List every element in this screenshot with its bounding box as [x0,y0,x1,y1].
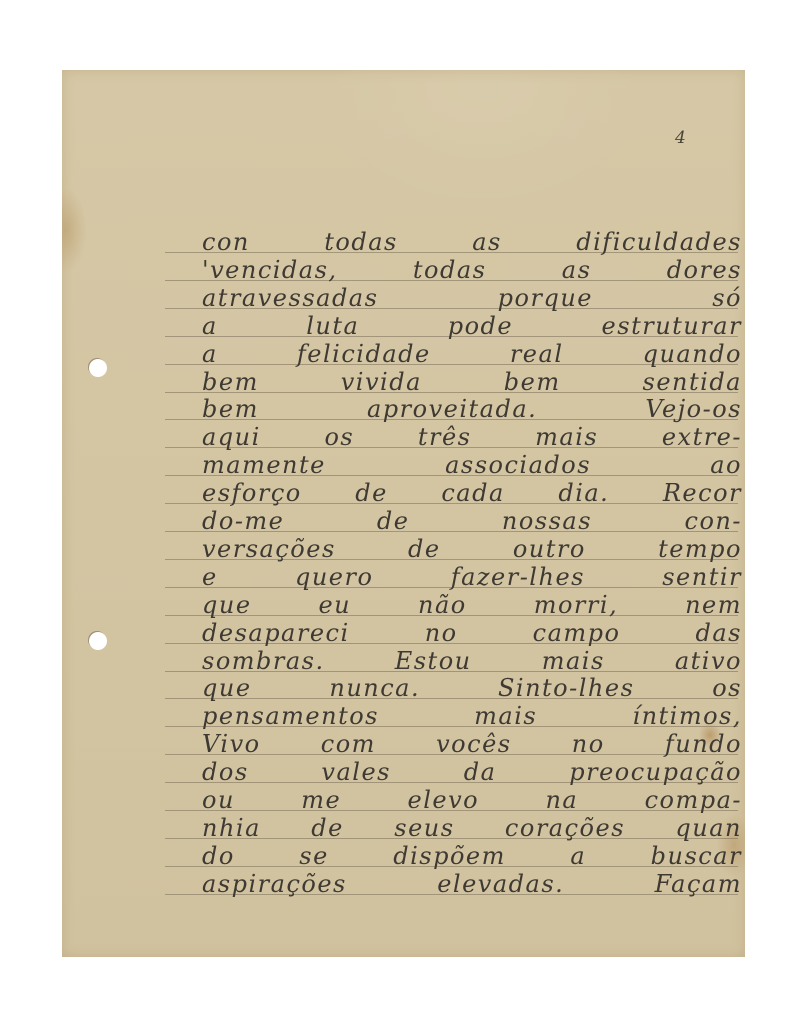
handwritten-line: desapareci no campo das [202,619,742,647]
handwritten-line: Vivo com vocês no fundo [202,730,742,758]
handwritten-line: mamente associados ao [202,451,742,479]
handwritten-line: aqui os três mais extre- [202,423,742,451]
handwritten-line: a felicidade real quando [202,340,742,368]
handwritten-line: versações de outro tempo [202,535,742,563]
handwritten-line: bem vivida bem sentida [202,368,742,396]
handwritten-page: 4 con todas as dificuldades'vencidas, to… [62,70,745,957]
handwritten-line: do se dispõem a buscar [202,842,742,870]
handwritten-line: bem aproveitada. Vejo-os [202,395,742,423]
punch-hole-top [89,359,107,377]
page-number: 4 [675,128,686,148]
handwritten-line: sombras. Estou mais ativo [202,647,742,675]
handwritten-line: que nunca. Sinto-lhes os [202,674,742,702]
handwritten-line: esforço de cada dia. Recor [202,479,742,507]
handwritten-line: ou me elevo na compa- [202,786,742,814]
handwritten-line: nhia de seus corações quan [202,814,742,842]
handwritten-line: aspirações elevadas. Façam [202,870,742,898]
handwritten-line: do-me de nossas con- [202,507,742,535]
handwritten-line: atravessadas porque só [202,284,742,312]
handwritten-line: con todas as dificuldades [202,228,742,256]
handwritten-line: e quero fazer-lhes sentir [202,563,742,591]
handwritten-line: que eu não morri, nem [202,591,742,619]
handwritten-line: dos vales da preocupação [202,758,742,786]
punch-hole-bottom [89,632,107,650]
handwritten-line: a luta pode estruturar [202,312,742,340]
handwritten-line: 'vencidas, todas as dores [202,256,742,284]
handwritten-line: pensamentos mais íntimos, [202,702,742,730]
